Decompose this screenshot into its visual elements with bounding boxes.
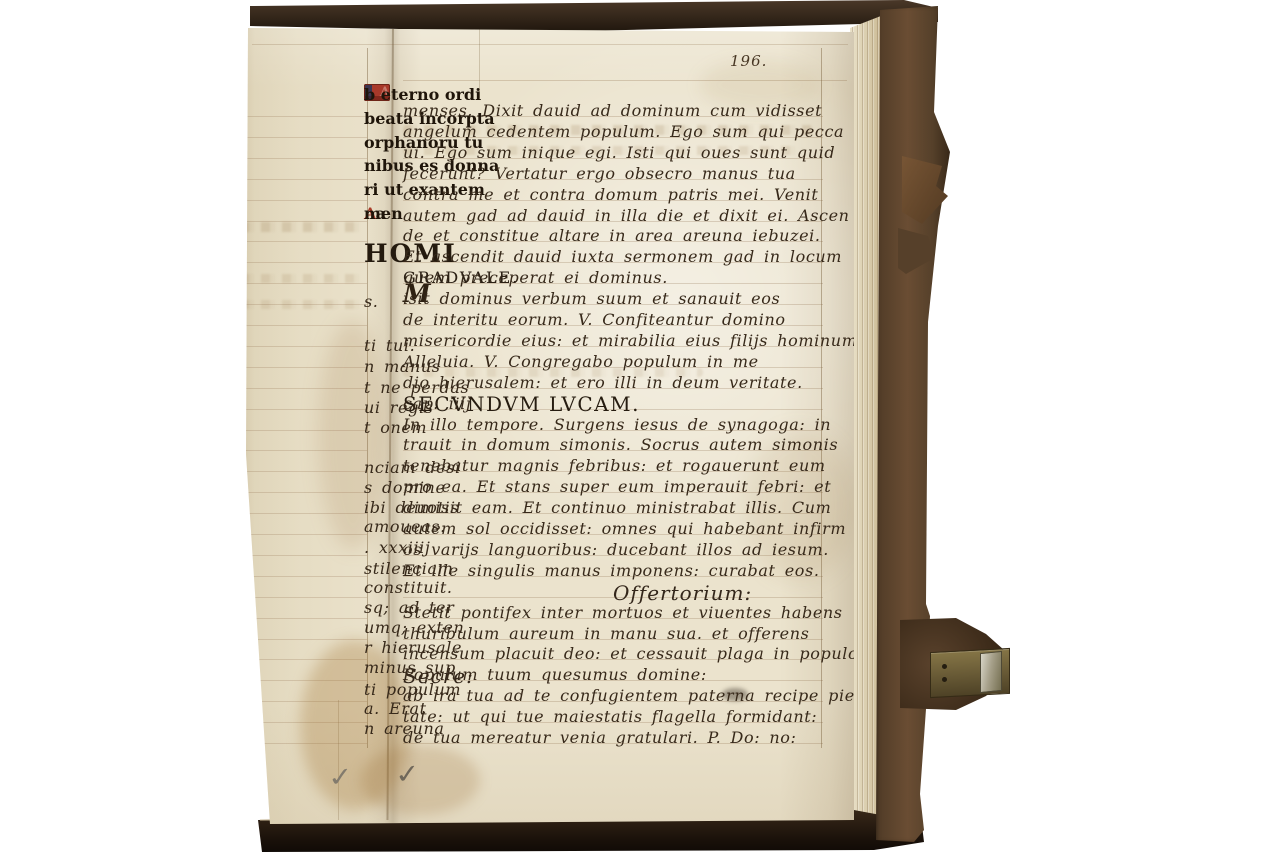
text-segment: fecerunt? Vertatur ergo obsecro manus tu… — [403, 164, 796, 184]
text-segment: In illo tempore. Surgens iesus de synago… — [403, 415, 831, 435]
text-segment: Stetit pontifex inter mortuos et viuente… — [403, 603, 843, 623]
text-segment: dimisit eam. Et continuo ministrabat ill… — [403, 498, 831, 518]
manuscript-photo: 196. Ab eterno ordibeata incorptaorphano… — [0, 0, 1280, 860]
left-page-text: HOMIs.ti tui.n manust ne perdasui regist… — [238, 24, 368, 824]
text-segment: dio hierusalem: et ero illi in deum veri… — [403, 373, 803, 393]
clasp-brass-tongue — [980, 651, 1002, 693]
clasp-rivet — [942, 664, 947, 669]
text-segment: isit dominus verbum suum et sanauit eos — [403, 289, 780, 309]
text-segment: Et ille singulis manus imponens: curabat… — [403, 561, 820, 581]
text-segment: s. — [364, 292, 379, 312]
text-segment: Populum tuum quesumus domine: — [403, 665, 707, 685]
text-segment: angelum cedentem populum. Ego sum qui pe… — [403, 122, 844, 142]
text-segment: de interitu eorum. V. Confiteantur domin… — [403, 310, 786, 330]
text-segment: autem gad ad dauid in illa die et dixit … — [403, 206, 850, 226]
text-segment: autem sol occidisset: omnes qui habebant… — [403, 519, 846, 539]
text-segment: tenebatur magnis febribus: et rogauerunt… — [403, 456, 826, 476]
text-segment: menses. Dixit dauid ad dominum cum vidis… — [403, 101, 822, 121]
text-segment: thuribulum aureum in manu sua. et offere… — [403, 624, 809, 644]
parchment-spread: 196. Ab eterno ordibeata incorptaorphano… — [236, 24, 854, 824]
text-segment: contra me et contra domum patris mei. Ve… — [403, 185, 818, 205]
text-segment: cap: iiij — [403, 394, 471, 414]
text-segment: Offertorium: — [613, 582, 752, 604]
text-segment: de tua mereatur venia gratulari. P. Do: … — [403, 728, 797, 748]
text-segment: incensum placuit deo: et cessauit plaga … — [403, 644, 864, 664]
text-segment: tate: ut qui tue maiestatis flagella for… — [403, 707, 817, 727]
text-segment: men — [364, 203, 403, 225]
text-segment: pro ea. Et stans super eum imperauit feb… — [403, 477, 831, 497]
text-segment: trauit in domum simonis. Socrus autem si… — [403, 435, 838, 455]
leather-cover-edge — [874, 4, 958, 844]
text-segment: ui. Ego sum inique egi. Isti qui oues su… — [403, 143, 835, 163]
right-page-text: menses. Dixit dauid ad dominum cum vidis… — [403, 24, 823, 824]
quire-mark: ✓ — [327, 761, 355, 793]
text-segment: Alleluia. V. Congregabo populum in me — [403, 352, 759, 372]
text-segment: os varijs languoribus: ducebant illos ad… — [403, 540, 829, 560]
text-segment: Et ascendit dauid iuxta sermonem gad in … — [403, 247, 842, 267]
clasp-rivet — [942, 677, 947, 682]
text-segment: de et constitue altare in area areuna ie… — [403, 226, 821, 246]
text-segment: misericordie eius: et mirabilia eius fil… — [403, 331, 863, 351]
text-segment: ab ira tua ad te confugientem paterna re… — [403, 686, 855, 706]
quire-mark: ✓ — [394, 758, 422, 790]
